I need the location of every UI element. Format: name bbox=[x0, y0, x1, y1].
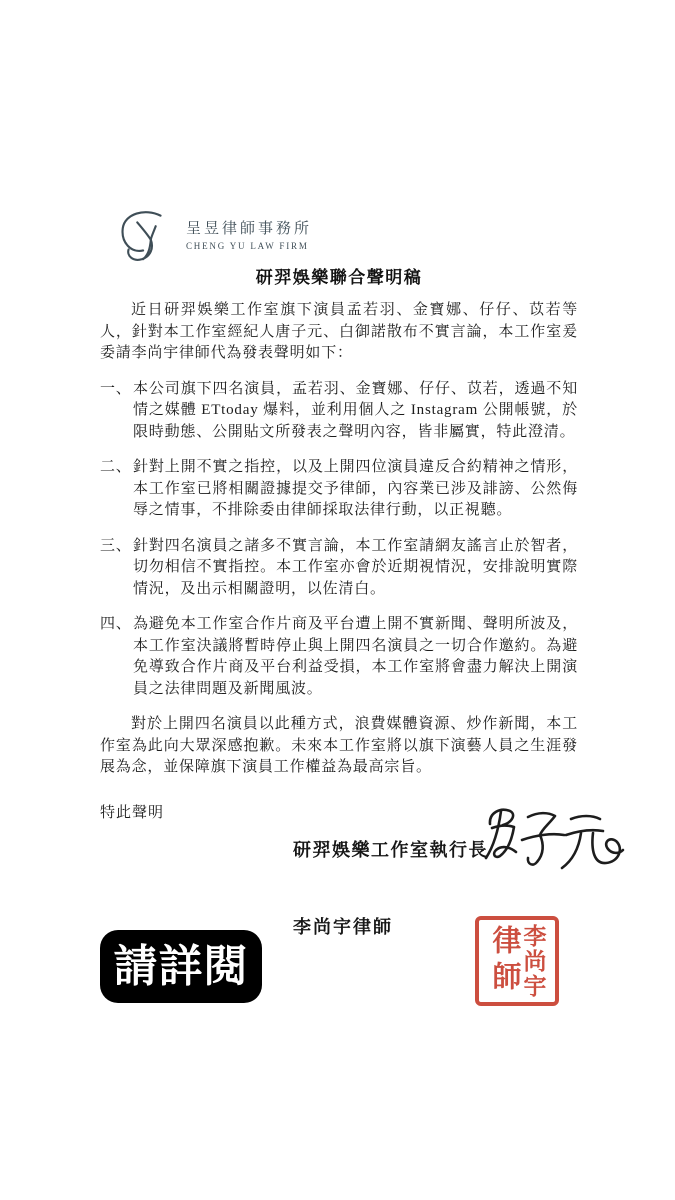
item-number: 二、 bbox=[100, 457, 133, 522]
closing-paragraph: 對於上開四名演員以此種方式，浪費媒體資源、炒作新聞，本工作室為此向大眾深感抱歉。… bbox=[100, 714, 578, 779]
item-text: 針對四名演員之諸多不實言論，本工作室請網友謠言止於智者，切勿相信不實指控。本工作… bbox=[133, 536, 578, 601]
item-text: 為避免本工作室合作片商及平台遭上開不實新聞、聲明所波及，本工作室決議將暫時停止與… bbox=[133, 614, 578, 700]
badge-label: 請詳閱 bbox=[114, 945, 249, 989]
item-number: 三、 bbox=[100, 536, 133, 601]
item-number: 一、 bbox=[100, 379, 133, 444]
logo-text: 呈昱律師事務所 CHENG YU LAW FIRM bbox=[186, 217, 312, 251]
law-firm-logo: 呈昱律師事務所 CHENG YU LAW FIRM bbox=[116, 206, 312, 262]
firm-name-zh: 呈昱律師事務所 bbox=[186, 217, 312, 238]
statement-item: 二、 針對上開不實之指控，以及上開四位演員違反合約精神之情形，本工作室已將相關證… bbox=[100, 457, 578, 522]
statement-item: 三、 針對四名演員之諸多不實言論，本工作室請網友謠言止於智者，切勿相信不實指控。… bbox=[100, 536, 578, 601]
statement-page: 呈昱律師事務所 CHENG YU LAW FIRM 研羿娛樂聯合聲明稿 近日研羿… bbox=[0, 0, 675, 1200]
intro-paragraph: 近日研羿娛樂工作室旗下演員孟若羽、金寶娜、仔仔、苡若等人，針對本工作室經紀人唐子… bbox=[100, 300, 578, 365]
signer-title: 研羿娛樂工作室執行長 bbox=[293, 836, 488, 862]
statement-item: 四、 為避免本工作室合作片商及平台遭上開不實新聞、聲明所波及，本工作室決議將暫時… bbox=[100, 614, 578, 700]
lawyer-seal: 律師 李尚宇 bbox=[475, 916, 559, 1006]
item-number: 四、 bbox=[100, 614, 133, 700]
lawyer-name: 李尚宇律師 bbox=[293, 913, 393, 939]
statement-title: 研羿娛樂聯合聲明稿 bbox=[100, 263, 578, 288]
cy-monogram-icon bbox=[116, 206, 176, 262]
seal-text-right: 李尚宇 bbox=[522, 924, 545, 999]
seal-text-left: 律師 bbox=[490, 925, 519, 997]
firm-name-en: CHENG YU LAW FIRM bbox=[186, 241, 312, 251]
item-text: 本公司旗下四名演員，孟若羽、金寶娜、仔仔、苡若，透過不知情之媒體 ETtoday… bbox=[133, 379, 578, 444]
statement-body: 近日研羿娛樂工作室旗下演員孟若羽、金寶娜、仔仔、苡若等人，針對本工作室經紀人唐子… bbox=[100, 300, 578, 793]
ceo-handwritten-signature bbox=[476, 794, 626, 890]
item-text: 針對上開不實之指控，以及上開四位演員違反合約精神之情形，本工作室已將相關證據提交… bbox=[133, 457, 578, 522]
declaration-text: 特此聲明 bbox=[100, 801, 164, 822]
statement-item: 一、 本公司旗下四名演員，孟若羽、金寶娜、仔仔、苡若，透過不知情之媒體 ETto… bbox=[100, 379, 578, 444]
read-carefully-badge: 請詳閱 bbox=[100, 930, 262, 1003]
